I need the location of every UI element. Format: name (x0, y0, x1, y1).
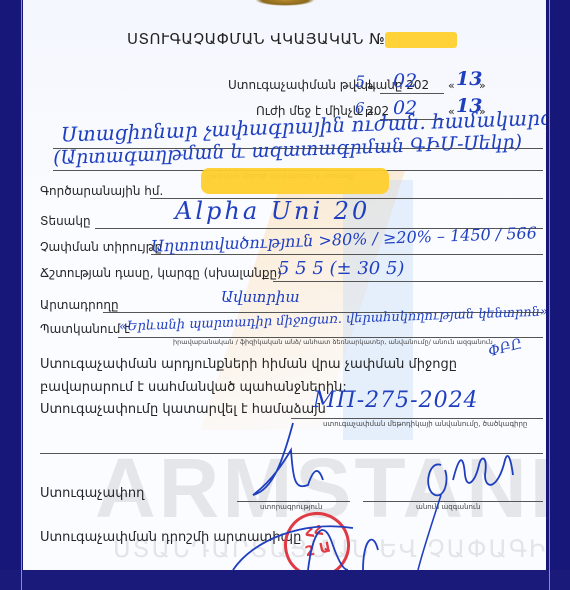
certificate-page: ARMSTANDARD ՍՏԱՆԴԱՐՏԱՑՄԱՆ ԵՎ ՉԱՓԱԳԻՏՈՒԹՅ… (23, 0, 546, 570)
method-label: Ստուգաչափումը կատարվել է համաձայն (40, 402, 326, 417)
conclusion-line2: բավարարում է սահմանված պահանջներին: (40, 380, 347, 395)
verification-month: 02 (393, 70, 417, 92)
serial-number-label: Գործարանային հմ. (40, 184, 163, 198)
accuracy-class-value: 5 5 5 (± 30 5) (278, 258, 404, 279)
owner-label: Պատկանում է (40, 322, 130, 336)
coat-of-arms-emblem (255, 0, 315, 6)
certificate-title: ՍՏՈՒԳԱՉԱՓՄԱՆ ՎԿԱՅԱԿԱՆ № (127, 30, 385, 48)
type-label: Տեսակը (40, 214, 91, 228)
certificate-number-redacted (385, 32, 457, 48)
handwritten-signatures (213, 420, 543, 570)
method-value: МП-275-2024 (313, 388, 479, 413)
serial-number-redacted (201, 168, 389, 194)
accuracy-class-label: Ճշտության դասը, կարգը (սխալանքը) (40, 266, 282, 280)
verification-year-digit: 5 (355, 72, 365, 91)
owner-caption: իրավաբանական / ֆիզիկական անձ/ անհատ ձեռն… (173, 338, 493, 346)
verifier-label: Ստուգաչափող (40, 486, 144, 501)
type-value: Alpha Uni 20 (175, 197, 370, 225)
manufacturer-label: Արտադրողը (40, 298, 119, 312)
conclusion-line1: Ստուգաչափման արդյունքների հիման վրա չափմ… (40, 357, 457, 372)
manufacturer-value: Ավստրիա (221, 288, 300, 306)
measurement-range-label: Չափման տիրույթը (40, 240, 162, 254)
